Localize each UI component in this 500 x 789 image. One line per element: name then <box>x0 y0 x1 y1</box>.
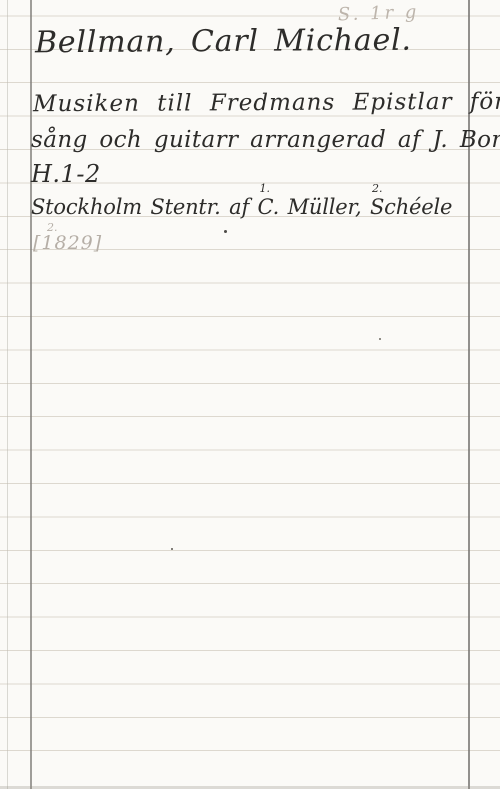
catalog-card: S. 1r g Bellman, Carl Michael. Musiken t… <box>0 0 500 789</box>
printer-mueller: 1.C. Müller, <box>258 195 362 219</box>
title-line-2: sång och guitarr arrangerad af J. Boman. <box>31 127 500 153</box>
printer-scheele-name: Schéele <box>370 195 452 219</box>
ink-speck <box>224 230 227 233</box>
pencil-year: 2.[1829] <box>33 233 102 255</box>
right-margin-line <box>468 0 470 789</box>
printer-mueller-mark: 1. <box>260 183 271 196</box>
imprint-line: Stockholm Stentr. af 1.C. Müller, 2.Sché… <box>31 195 452 219</box>
ink-speck <box>171 548 173 550</box>
volume-statement: H.1-2 <box>31 161 101 189</box>
title-line-1: Musiken till Fredmans Epistlar för <box>33 89 500 118</box>
left-margin-line <box>30 0 32 789</box>
printer-scheele: 2.Schéele <box>370 195 452 219</box>
pencil-year-mark: 2. <box>47 222 58 235</box>
printer-scheele-mark: 2. <box>372 183 383 196</box>
author-heading: Bellman, Carl Michael. <box>35 24 412 61</box>
left-edge-line <box>7 0 8 789</box>
ink-speck <box>379 338 381 340</box>
imprint-prefix: Stockholm Stentr. af <box>31 195 258 219</box>
printer-mueller-name: C. Müller, <box>258 195 362 219</box>
ruled-lines <box>0 0 500 789</box>
pencil-year-value: [1829] <box>33 232 102 254</box>
